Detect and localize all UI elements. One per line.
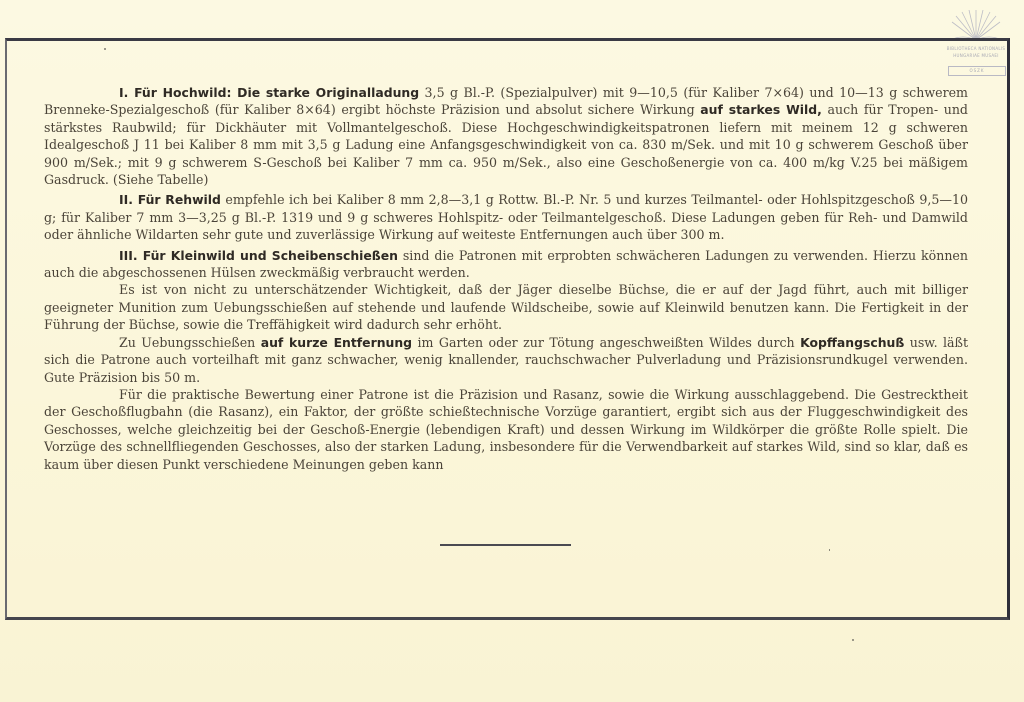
paragraph-text: Für die praktische Bewertung einer Patro… (44, 387, 968, 472)
emphasis-text: auf starkes Wild, (700, 102, 822, 117)
paragraph-text: Zu Uebungsschießen (119, 335, 261, 350)
paper-speck (829, 549, 830, 551)
heading-hochwild: I. Für Hochwild: Die starke Originalladu… (119, 85, 419, 100)
heading-kleinwild: III. Für Kleinwild und Scheibenschießen (119, 248, 398, 263)
emphasis-text: Kopffangschuß (800, 335, 904, 350)
paragraph-uebung: Es ist von nicht zu unterschätzender Wic… (44, 281, 968, 333)
paragraph-bewertung: Für die praktische Bewertung einer Patro… (44, 386, 968, 473)
heading-rehwild: II. Für Rehwild (119, 192, 221, 207)
paper-speck (852, 639, 854, 641)
paragraph-kurze-entfernung: Zu Uebungsschießen auf kurze Entfernung … (44, 334, 968, 386)
paragraph-rehwild: II. Für Rehwild empfehle ich bei Kaliber… (44, 191, 968, 243)
paragraph-hochwild: I. Für Hochwild: Die starke Originalladu… (44, 84, 968, 188)
section-divider (440, 544, 571, 546)
emphasis-text: auf kurze Entfernung (261, 335, 412, 350)
paragraph-text: Es ist von nicht zu unterschätzender Wic… (44, 282, 968, 332)
paragraph-kleinwild: III. Für Kleinwild und Scheibenschießen … (44, 247, 968, 282)
document-body: I. Für Hochwild: Die starke Originalladu… (44, 84, 968, 473)
paper-speck (104, 48, 106, 50)
paragraph-text: im Garten oder zur Tötung angeschweißten… (412, 335, 800, 350)
